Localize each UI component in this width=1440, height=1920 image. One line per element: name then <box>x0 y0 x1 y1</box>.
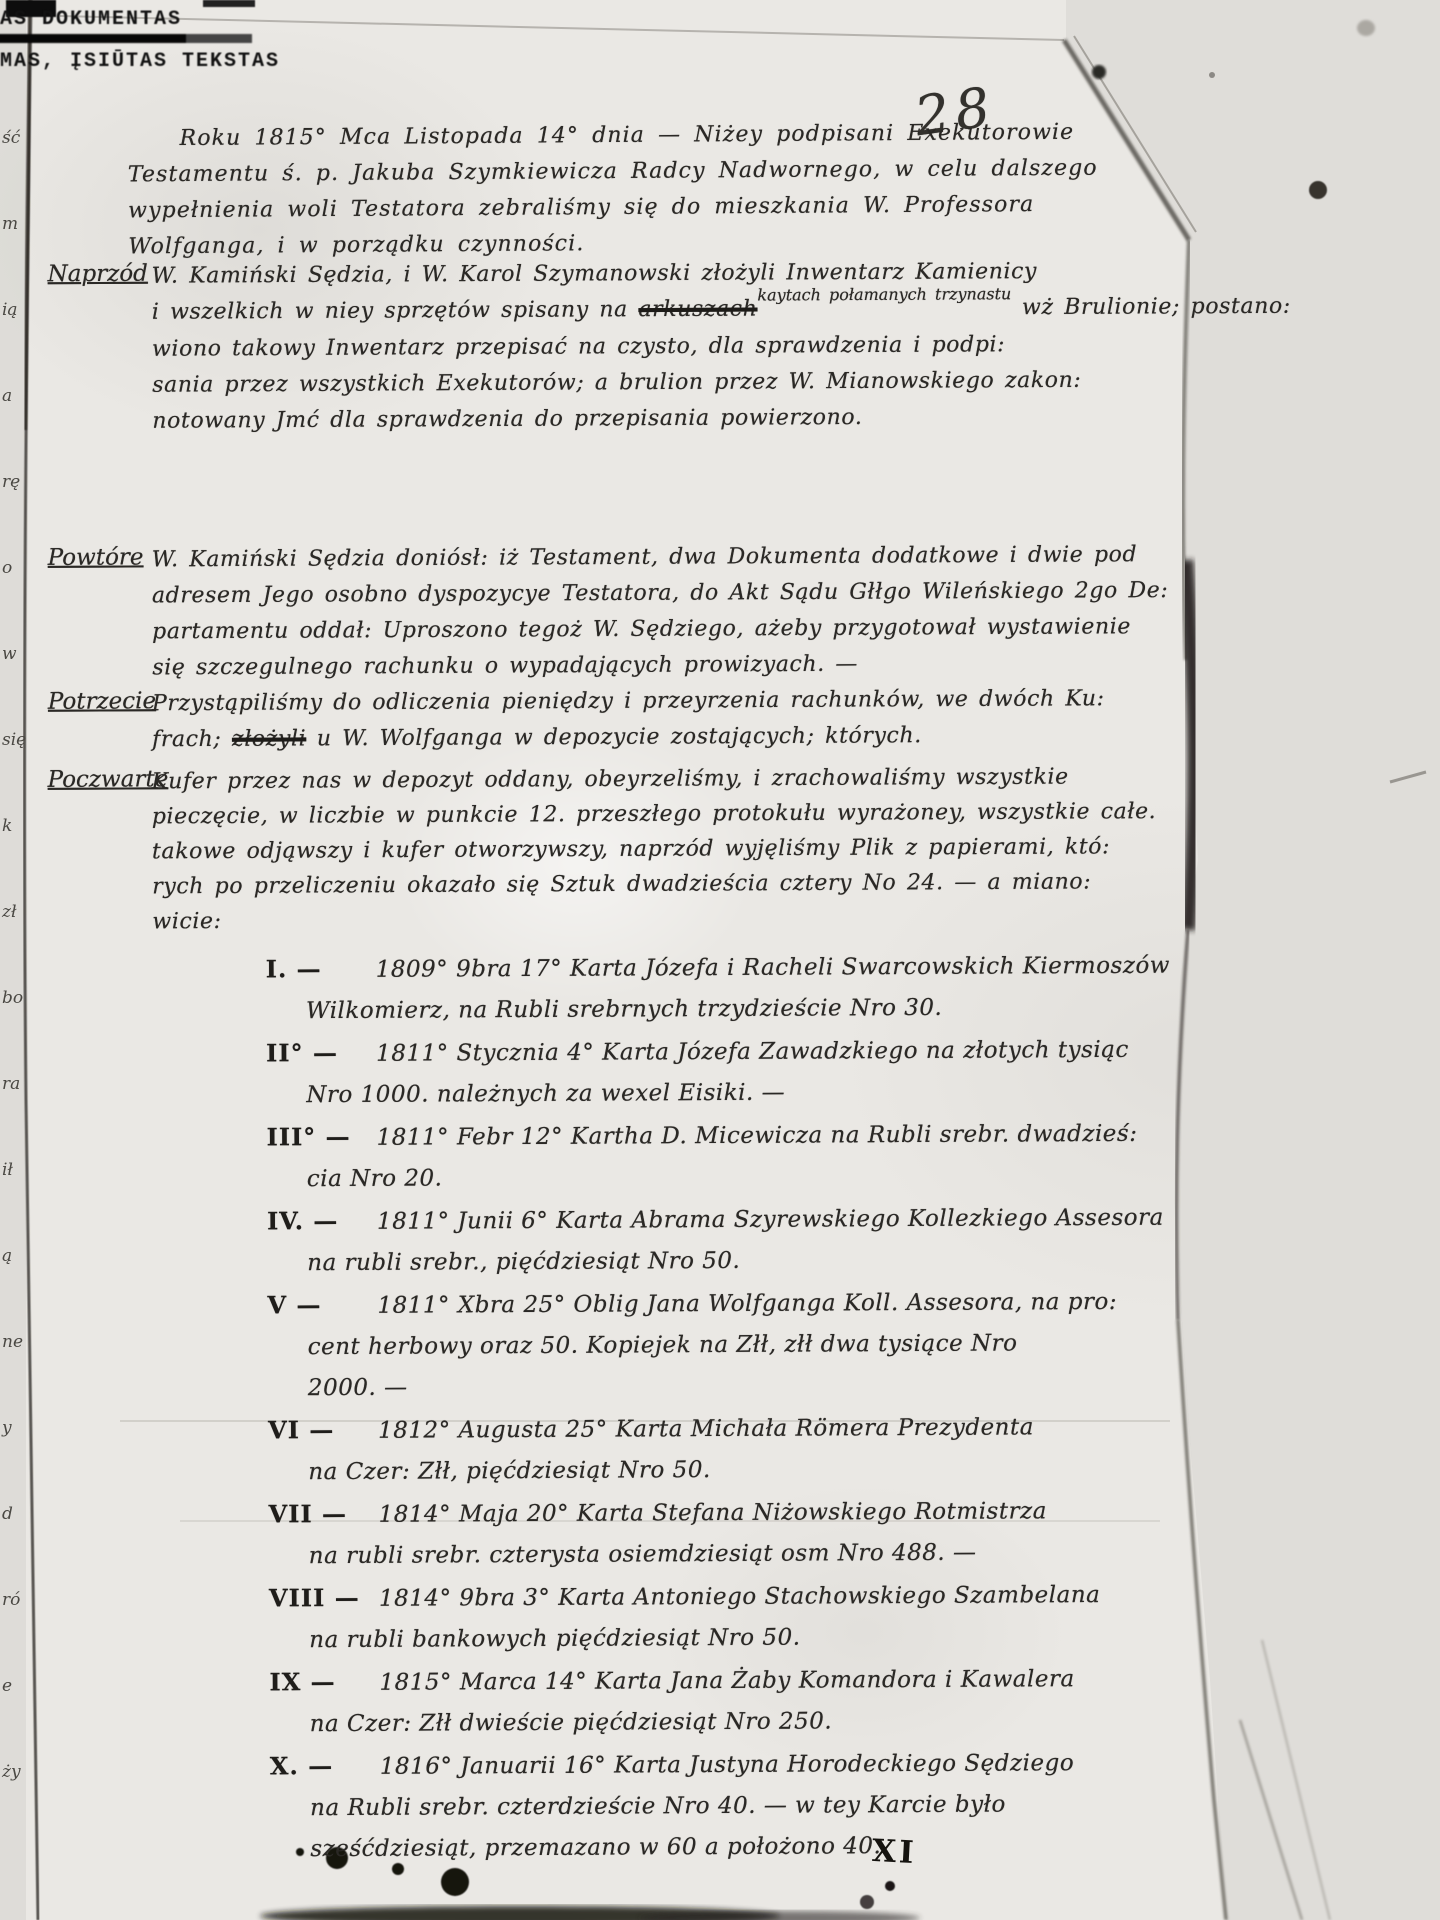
margin-label-naprzod: Naprzód <box>48 261 148 288</box>
manuscript-line: rych po przeliczeniu okazało się Sztuk d… <box>152 864 1157 904</box>
manuscript-line: wypełnienia woli Testatora zebraliśmy si… <box>128 187 1098 230</box>
edge-fragment: o <box>2 558 12 578</box>
manuscript-text-segment: wiono takowy Inwentarz przepisać na czys… <box>152 332 1005 361</box>
inventory-item-line: IX —1815° Marca 14° Karta Jana Żaby Koma… <box>269 1657 1173 1705</box>
inventory-item-line: V —1811° Xbra 25° Oblig Jana Wolfganga K… <box>267 1280 1171 1328</box>
edge-fragment: zł <box>2 902 16 922</box>
edge-fragment: a <box>2 386 12 406</box>
manuscript-text-segment: wż Brulionie; postano: <box>1011 294 1291 320</box>
section-powtore: Powtóre W. Kamiński Sędzia doniósł: iż T… <box>48 537 1169 687</box>
manuscript-text-segment: partamentu oddał: Uproszono tegoż W. Sęd… <box>152 614 1131 644</box>
manuscript-line: wiono takowy Inwentarz przepisać na czys… <box>152 326 1291 368</box>
manuscript-strike-segment: arkuszach <box>638 297 757 323</box>
manuscript-line: W. Kamiński Sędzia doniósł: iż Testament… <box>152 537 1169 578</box>
manuscript-line: wicie: <box>152 899 1157 939</box>
inventory-item-line: na Rubli srebr. czterdzieście Nro 40. — … <box>310 1784 1174 1830</box>
item-numeral: VI — <box>268 1409 378 1451</box>
manuscript-text-segment: i wszelkich w niey sprzętów spisany na <box>152 297 639 325</box>
item-text: 1811° Febr 12° Kartha D. Micewicza na Ru… <box>377 1121 1138 1151</box>
item-text: 1811° Stycznia 4° Karta Józefa Zawadzkie… <box>376 1037 1129 1067</box>
ink-spot <box>1309 181 1327 199</box>
edge-fragment: ią <box>2 300 18 320</box>
manuscript-text-segment: sania przez wszystkich Exekutorów; a bru… <box>152 368 1081 398</box>
inventory-item: IV. —1811° Junii 6° Karta Abrama Szyrews… <box>267 1196 1172 1285</box>
inventory-item: V —1811° Xbra 25° Oblig Jana Wolfganga K… <box>267 1280 1172 1410</box>
inventory-item-line: II° —1811° Stycznia 4° Karta Józefa Zawa… <box>266 1028 1170 1076</box>
inventory-item-line: X. —1816° Januarii 16° Karta Justyna Hor… <box>270 1741 1174 1789</box>
manuscript-text-segment: adresem Jego osobno dyspozycye Testatora… <box>152 578 1169 608</box>
fold-line <box>1240 1720 1302 1920</box>
section-poczwarte: Poczwarte Kufer przez nas w depozyt odda… <box>48 759 1157 940</box>
margin-label-potrzecie: Potrzecie <box>48 688 156 715</box>
speck <box>1209 72 1215 78</box>
section-naprzod: Naprzód W. Kamiński Sędzia, i W. Karol S… <box>48 253 1292 441</box>
item-numeral: II° — <box>266 1032 376 1074</box>
inventory-item: II° —1811° Stycznia 4° Karta Józefa Zawa… <box>266 1028 1171 1117</box>
inventory-list: I. —1809° 9bra 17° Karta Józefa i Rachel… <box>266 944 1175 1871</box>
edge-fragment: ił <box>2 1160 13 1180</box>
section-lines: W. Kamiński Sędzia doniósł: iż Testament… <box>152 537 1169 686</box>
manuscript-line: W. Kamiński Sędzia, i W. Karol Szymanows… <box>152 253 1291 295</box>
stamp-line-2: IMAS, ĮSIŪTAS TEKSTAS <box>0 50 280 73</box>
item-text: 1816° Januarii 16° Karta Justyna Horodec… <box>380 1750 1074 1780</box>
manuscript-line: partamentu oddał: Uproszono tegoż W. Sęd… <box>152 609 1169 650</box>
item-text: 1814° Maja 20° Karta Stefana Niżowskiego… <box>378 1498 1046 1527</box>
manuscript-line: takowe odjąwszy i kufer otworzywszy, nap… <box>152 829 1157 869</box>
manuscript-text-segment: u W. Wolfganga w depozycie zostających; … <box>306 723 922 751</box>
inventory-item-line: 2000. — <box>308 1364 1172 1410</box>
item-numeral: III° — <box>266 1116 376 1158</box>
inventory-item-line: VI —1812° Augusta 25° Karta Michała Röme… <box>268 1405 1172 1453</box>
edge-fragment: w <box>2 644 17 664</box>
edge-fragment: ą <box>2 1246 12 1266</box>
margin-label-poczwarte: Poczwarte <box>48 766 169 793</box>
item-text: 1811° Xbra 25° Oblig Jana Wolfganga Koll… <box>377 1289 1117 1319</box>
manuscript-text-segment: frach; <box>152 727 232 752</box>
edge-fragment: d <box>2 1504 13 1524</box>
item-numeral: VIII — <box>269 1577 379 1619</box>
edge-fragment: się <box>2 730 26 750</box>
section-lines: Przystąpiliśmy do odliczenia pieniędzy i… <box>152 681 1105 758</box>
inventory-item: III° —1811° Febr 12° Kartha D. Micewicza… <box>266 1112 1171 1201</box>
inventory-item: IX —1815° Marca 14° Karta Jana Żaby Koma… <box>269 1657 1174 1746</box>
item-text: 1814° 9bra 3° Karta Antoniego Stachowski… <box>379 1582 1100 1612</box>
inventory-item-line: IV. —1811° Junii 6° Karta Abrama Szyrews… <box>267 1196 1171 1244</box>
inventory-item-line: I. —1809° 9bra 17° Karta Józefa i Rachel… <box>266 944 1170 992</box>
inventory-item-line: na Czer: Złł, pięćdziesiąt Nro 50. <box>308 1448 1172 1494</box>
edge-fragment: y <box>2 1418 12 1438</box>
edge-fragment: ży <box>2 1762 21 1782</box>
inventory-item: VI —1812° Augusta 25° Karta Michała Röme… <box>268 1405 1173 1494</box>
inventory-item-line: VII —1814° Maja 20° Karta Stefana Niżows… <box>268 1489 1172 1537</box>
manuscript-text-segment: notowany Jmć dla sprawdzenia do przepisa… <box>152 405 862 434</box>
inventory-item-line: III° —1811° Febr 12° Kartha D. Micewicza… <box>266 1112 1170 1160</box>
edge-fragment: rę <box>2 472 20 492</box>
manuscript-text-segment: W. Kamiński Sędzia doniósł: iż Testament… <box>152 542 1138 572</box>
item-text: 1811° Junii 6° Karta Abrama Szyrewskiego… <box>377 1205 1164 1235</box>
manuscript-text-segment: wicie: <box>152 909 221 934</box>
edge-fragment: k <box>2 816 12 836</box>
item-text: 1815° Marca 14° Karta Jana Żaby Komandor… <box>379 1666 1074 1696</box>
item-numeral: VII — <box>268 1493 378 1535</box>
item-text: 1812° Augusta 25° Karta Michała Römera P… <box>378 1414 1034 1443</box>
inventory-item: I. —1809° 9bra 17° Karta Józefa i Rachel… <box>266 944 1171 1033</box>
edge-fragment: ró <box>2 1590 20 1610</box>
inventory-item-line: VIII —1814° 9bra 3° Karta Antoniego Stac… <box>269 1573 1173 1621</box>
manuscript-line: adresem Jego osobno dyspozycye Testatora… <box>152 573 1169 614</box>
manuscript-line: notowany Jmć dla sprawdzenia do przepisa… <box>152 398 1291 440</box>
inventory-item-line: Nro 1000. należnych za wexel Eisiki. — <box>306 1071 1170 1117</box>
manuscript-text-segment: Przystąpiliśmy do odliczenia pieniędzy i… <box>152 686 1105 716</box>
inventory-item-line: cent herbowy oraz 50. Kopiejek na Złł, z… <box>308 1323 1172 1369</box>
intro-paragraph: Roku 1815° Mca Listopada 14° dnia — Niże… <box>128 115 1099 266</box>
manuscript-line: pieczęcie, w liczbie w punkcie 12. przes… <box>152 794 1157 834</box>
item-numeral: IV. — <box>267 1200 377 1242</box>
item-numeral: I. — <box>266 948 376 990</box>
ink-blot <box>1092 65 1106 79</box>
section-lines: Kufer przez nas w depozyt oddany, obeyrz… <box>152 759 1157 939</box>
manuscript-text-segment: Kufer przez nas w depozyt oddany, obeyrz… <box>152 765 1069 795</box>
folio-mark: XI <box>871 1833 917 1871</box>
manuscript-line: Kufer przez nas w depozyt oddany, obeyrz… <box>152 759 1157 799</box>
edge-fragment: bo <box>2 988 23 1008</box>
manuscript-text-segment: pieczęcie, w liczbie w punkcie 12. przes… <box>152 799 1157 829</box>
inventory-item-line: na Czer: Złł dwieście pięćdziesiąt Nro 2… <box>310 1700 1174 1746</box>
fold-line <box>1262 1640 1330 1920</box>
pen-dash <box>1390 772 1426 782</box>
inventory-item-line: na rubli srebr., pięćdziesiąt Nro 50. <box>307 1239 1171 1285</box>
inventory-item-line: cia Nro 20. <box>307 1155 1171 1201</box>
manuscript-sup-segment: kaytach połamanych trzynastu <box>757 276 1011 313</box>
item-numeral: IX — <box>269 1661 379 1703</box>
edge-fragment: e <box>2 1676 12 1696</box>
inventory-item-line: na rubli srebr. czterysta osiemdziesiąt … <box>309 1532 1173 1578</box>
manuscript-line: i wszelkich w niey sprzętów spisany na a… <box>152 289 1291 332</box>
inventory-item-line: sześćdziesiąt, przemazano w 60 a położon… <box>310 1825 1174 1871</box>
scanned-document: TAS DOKUMENTAS IMAS, ĮSIŪTAS TEKSTAS 28 … <box>0 0 1440 1920</box>
margin-label-powtore: Powtóre <box>48 544 144 571</box>
item-numeral: X. — <box>270 1745 380 1787</box>
inventory-item-line: na rubli bankowych pięćdziesiąt Nro 50. <box>309 1616 1173 1662</box>
item-numeral: V — <box>267 1284 377 1326</box>
stamp-underline <box>0 34 252 43</box>
manuscript-line: frach; złożyli u W. Wolfganga w depozyci… <box>152 717 1105 758</box>
edge-fragment: ra <box>2 1074 20 1094</box>
inventory-item: VII —1814° Maja 20° Karta Stefana Niżows… <box>268 1489 1173 1578</box>
manuscript-text-segment: rych po przeliczeniu okazało się Sztuk d… <box>152 869 1091 899</box>
section-lines: W. Kamiński Sędzia, i W. Karol Szymanows… <box>152 253 1292 440</box>
manuscript-line: sania przez wszystkich Exekutorów; a bru… <box>152 362 1291 404</box>
inventory-item: VIII —1814° 9bra 3° Karta Antoniego Stac… <box>269 1573 1174 1662</box>
manuscript-line: Przystąpiliśmy do odliczenia pieniędzy i… <box>152 681 1105 722</box>
stamp-line-1: TAS DOKUMENTAS <box>0 8 280 31</box>
inventory-item-line: Wilkomierz, na Rubli srebrnych trzydzieś… <box>306 987 1170 1033</box>
manuscript-strike-segment: złożyli <box>232 726 306 751</box>
edge-fragment: ść <box>2 128 20 148</box>
manuscript-text-segment: się szczegulnego rachunku o wypadających… <box>152 652 858 681</box>
edge-fragment: ne <box>2 1332 23 1352</box>
paper-spot <box>1357 20 1375 36</box>
inventory-item: X. —1816° Januarii 16° Karta Justyna Hor… <box>270 1741 1175 1871</box>
item-text: 1809° 9bra 17° Karta Józefa i Racheli Sw… <box>376 953 1170 983</box>
manuscript-line: się szczegulnego rachunku o wypadających… <box>152 645 1169 686</box>
edge-fragment: m <box>2 214 18 234</box>
archival-stamp: TAS DOKUMENTAS IMAS, ĮSIŪTAS TEKSTAS <box>0 8 280 73</box>
section-potrzecie: Potrzecie Przystąpiliśmy do odliczenia p… <box>48 681 1105 759</box>
manuscript-text-segment: takowe odjąwszy i kufer otworzywszy, nap… <box>152 834 1110 864</box>
